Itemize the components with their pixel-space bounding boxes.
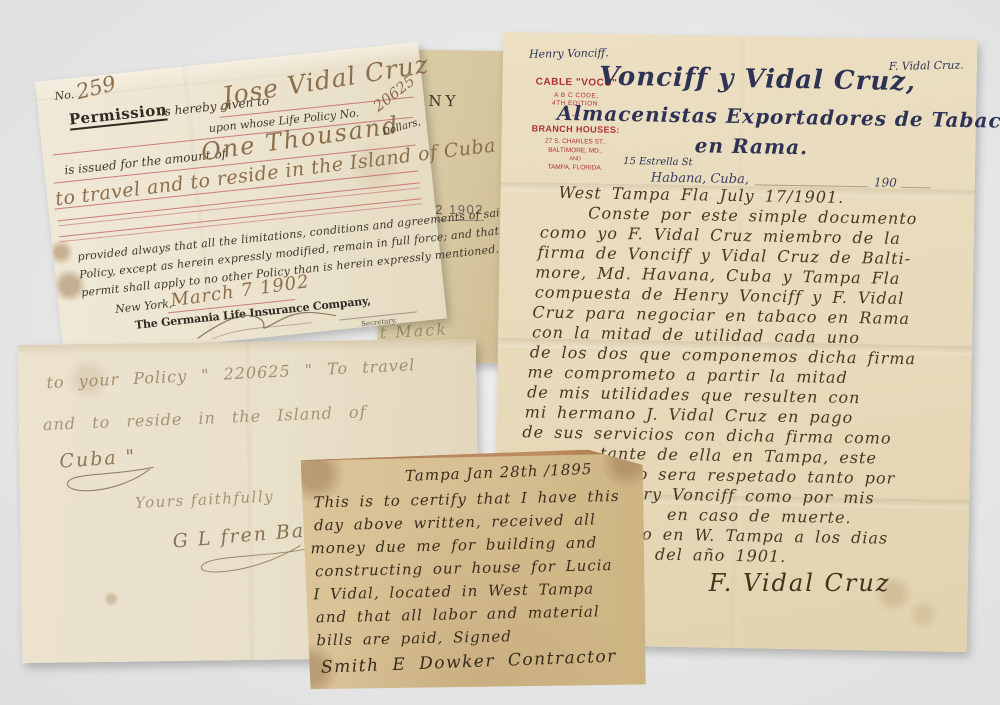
signature-loop-flourish	[181, 541, 321, 579]
form-no-label: No.	[54, 88, 75, 103]
form-permission-word: Permission	[68, 100, 168, 130]
letter-signature: F. Vidal Cruz	[709, 569, 891, 597]
street-address: 15 Estrella St	[623, 156, 693, 168]
policy-letter-line2: and to reside in the Island of	[43, 402, 367, 434]
form-no-value: 259	[74, 71, 119, 104]
receipt-note: Tampa Jan 28th /1895 This is to certify …	[301, 448, 648, 691]
photo-of-documents: { "permission_form": { "no_label": "No."…	[0, 0, 1000, 705]
branch-line: TAMPA, FLORIDA.	[517, 163, 633, 172]
firm-name: Vonciff y Vidal Cruz,	[597, 62, 917, 98]
receipt-dateline: Tampa Jan 28th /1895	[405, 460, 593, 485]
cuba-flourish	[54, 465, 164, 497]
partner-name-left: Henry Vonciff.	[529, 46, 609, 60]
permission-form: No. 259 Permission is hereby given to Jo…	[35, 42, 447, 359]
policy-letter-line1: to your Policy " 220625 " To travel	[46, 355, 416, 392]
branch-line: AND	[517, 155, 633, 163]
form-place: New York,	[115, 297, 173, 316]
receipt-body: This is to certify that I have this day …	[313, 485, 640, 653]
letter-line-fragment: o del año 1901.	[634, 544, 958, 570]
